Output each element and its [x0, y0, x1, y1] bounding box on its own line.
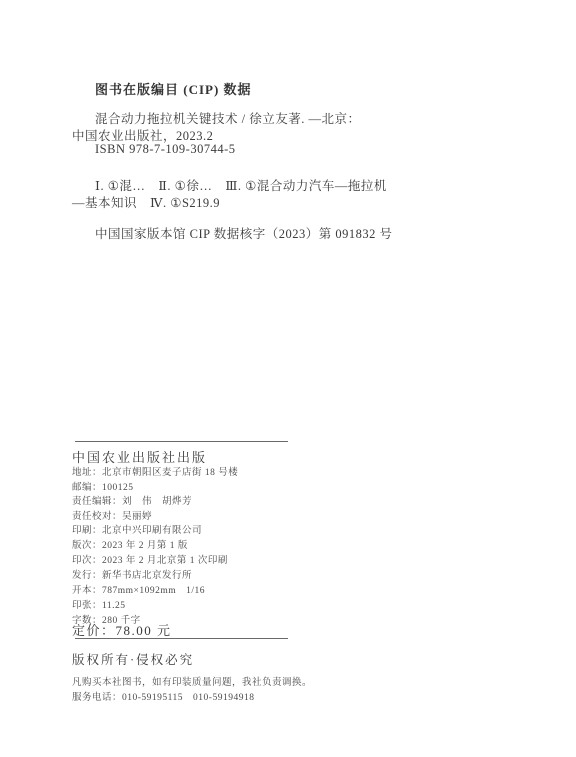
colophon-postcode: 邮编：100125 [72, 479, 134, 493]
copyright-disclaimer: 凡购买本社图书，如有印装质量问题，我社负责调换。 [72, 674, 312, 688]
copyright-page: 图书在版编目 (CIP) 数据 混合动力拖拉机关键技术 / 徐立友著. —北京：… [0, 0, 576, 757]
colophon-edition: 版次：2023 年 2 月第 1 版 [72, 537, 188, 551]
colophon-editors: 责任编辑：刘 伟 胡烨芳 [72, 493, 192, 507]
cip-record-number: 中国国家版本馆 CIP 数据核字（2023）第 091832 号 [95, 224, 393, 242]
colophon-format: 开本：787mm×1092mm 1/16 [72, 582, 205, 596]
price: 定价：78.00 元 [72, 620, 172, 639]
divider-rule-top [75, 441, 288, 442]
cip-classification-line-1: Ⅰ. ①混… Ⅱ. ①徐… Ⅲ. ①混合动力汽车—拖拉机 [95, 176, 387, 194]
cip-heading: 图书在版编目 (CIP) 数据 [95, 79, 252, 98]
colophon-address: 地址：北京市朝阳区麦子店街 18 号楼 [72, 464, 238, 478]
cip-title-line-1: 混合动力拖拉机关键技术 / 徐立友著. —北京： [95, 109, 360, 127]
divider-rule-bottom [75, 638, 288, 639]
service-phone: 服务电话：010-59195115 010-59194918 [72, 689, 254, 703]
colophon-sheets: 印张：11.25 [72, 597, 126, 611]
copyright-notice: 版权所有·侵权必究 [72, 650, 194, 668]
colophon-printer: 印刷：北京中兴印刷有限公司 [72, 522, 202, 536]
isbn-number: ISBN 978-7-109-30744-5 [95, 142, 236, 157]
colophon-printing: 印次：2023 年 2 月北京第 1 次印刷 [72, 552, 228, 566]
colophon-distributor: 发行：新华书店北京发行所 [72, 567, 192, 581]
cip-classification-line-2: —基本知识 Ⅳ. ①S219.9 [72, 193, 220, 211]
colophon-proofreader: 责任校对：吴丽婷 [72, 508, 152, 522]
